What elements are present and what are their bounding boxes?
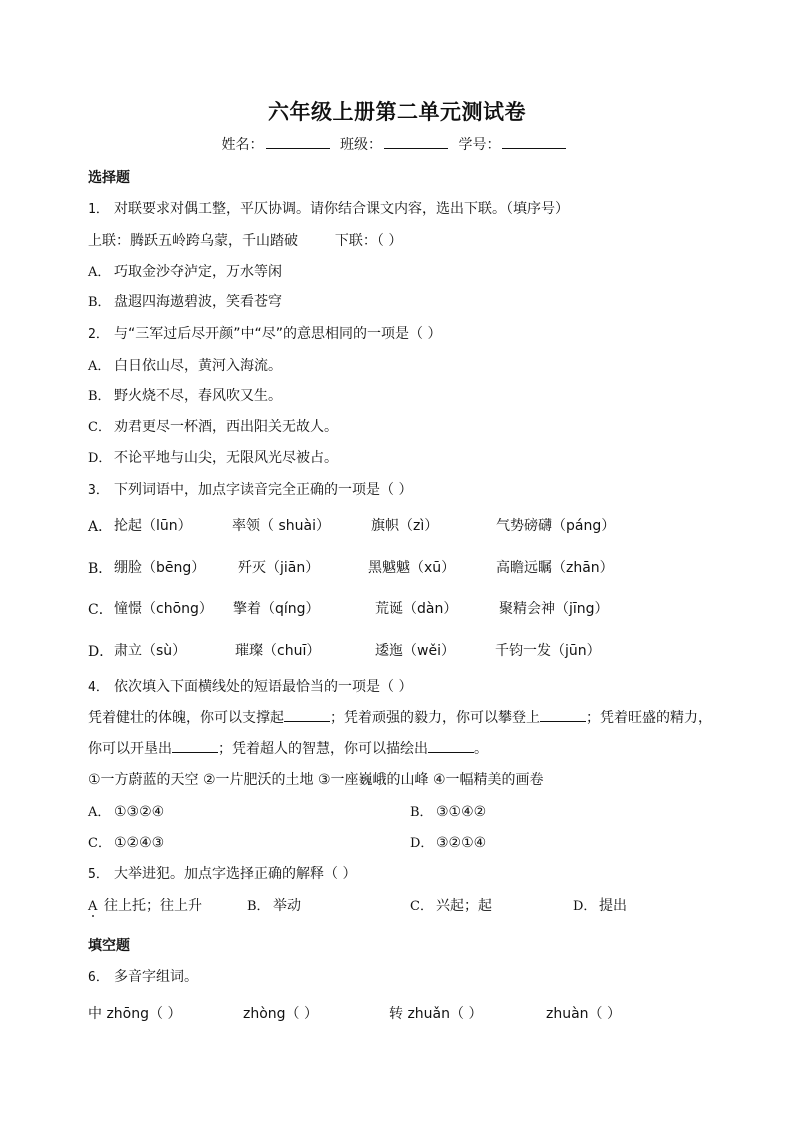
- question-6-stem: 6．多音字组词。: [88, 966, 198, 986]
- option-item: 抡起（lūn）: [114, 515, 192, 535]
- option-item: 璀璨（chuī）: [235, 640, 320, 660]
- question-4-option-b[interactable]: B．③①④②: [410, 801, 486, 820]
- option-item: 率领（ shuài）: [232, 515, 330, 535]
- option-label: A．: [88, 801, 114, 820]
- section-heading-fill-in: 填空题: [88, 935, 130, 955]
- question-5-option-b[interactable]: B．举动: [247, 895, 301, 915]
- option-label: C．: [410, 895, 436, 914]
- option-text: ③②①④: [436, 835, 486, 851]
- name-blank[interactable]: [266, 135, 330, 149]
- question-4-passage-line-2: 你可以开垦出；凭着超人的智慧，你可以描绘出。: [88, 738, 488, 758]
- passage-text: ；凭着顽强的毅力，你可以攀登上: [330, 710, 540, 726]
- student-id-label: 学号：: [458, 137, 500, 153]
- question-number: 5．: [88, 863, 114, 882]
- option-label: D．: [88, 641, 114, 661]
- fill-blank[interactable]: [540, 709, 586, 722]
- question-3-stem: 3．下列词语中，加点字读音完全正确的一项是（ ）: [88, 479, 412, 499]
- pinyin: zhuǎn: [407, 1006, 450, 1022]
- option-item: 黑魆魆（xū）: [368, 557, 455, 577]
- question-number: 2．: [88, 323, 114, 342]
- answer-blank[interactable]: （ ）: [286, 1006, 318, 1022]
- fill-blank[interactable]: [172, 740, 218, 753]
- question-1-upper: 上联：腾跃五岭跨乌蒙，千山踏破 下联：（ ）: [88, 230, 402, 250]
- option-item: 憧憬（chōng）: [114, 598, 213, 618]
- option-item: 聚精会神（jīng）: [499, 598, 609, 618]
- option-item: 荒诞（dàn）: [375, 598, 457, 618]
- answer-blank[interactable]: （ ）: [450, 1006, 482, 1022]
- question-4-choices: ①一方蔚蓝的天空 ②一片肥沃的土地 ③一座巍峨的山峰 ④一幅精美的画卷: [88, 769, 544, 789]
- option-text: 野火烧不尽，春风吹又生。: [114, 388, 282, 404]
- question-2-stem: 2．与“三军过后尽开颜”中“尽”的意思相同的一项是（ ）: [88, 323, 441, 343]
- passage-text: 。: [474, 741, 488, 757]
- lower-couplet-blank: 下联：（ ）: [335, 233, 402, 249]
- question-5-option-c[interactable]: C．兴起；起: [410, 895, 492, 915]
- question-4-passage-line-1: 凭着健壮的体魄，你可以支撑起；凭着顽强的毅力，你可以攀登上；凭着旺盛的精力，: [88, 707, 712, 727]
- option-label: B．: [247, 895, 273, 914]
- answer-blank[interactable]: （ ）: [589, 1006, 621, 1022]
- option-label: B．: [88, 558, 114, 578]
- question-2-option-d[interactable]: D．不论平地与山尖，无限风光尽被占。: [88, 447, 338, 467]
- pinyin: zhòng: [243, 1006, 286, 1022]
- option-label: A．: [88, 355, 114, 374]
- student-id-blank[interactable]: [502, 135, 566, 149]
- question-text: 与“三军过后尽开颜”中“尽”的意思相同的一项是（ ）: [114, 326, 441, 342]
- option-item: 绷脸（bēng）: [114, 557, 205, 577]
- option-label: A．: [88, 516, 114, 536]
- question-4-option-a[interactable]: A．①③②④: [88, 801, 164, 820]
- question-text: 对联要求对偶工整，平仄协调。请你结合课文内容，选出下联。（填序号）: [114, 201, 569, 217]
- option-label: A．: [88, 261, 114, 280]
- student-info-row: 姓名： 班级： 学号：: [0, 134, 794, 154]
- option-text: ③①④②: [436, 804, 486, 820]
- question-5-option-a[interactable]: A往上托；往上升: [88, 895, 202, 915]
- polyphone-char: 中: [88, 1006, 102, 1022]
- option-label: C．: [88, 832, 114, 851]
- section-heading-choice: 选择题: [88, 167, 130, 187]
- option-text: 盘遐四海遨碧波，笑看苍穹: [114, 294, 282, 310]
- option-item: 肃立（sù）: [114, 640, 186, 660]
- question-6-item-zhuan4[interactable]: zhuàn（ ）: [546, 1003, 621, 1023]
- name-label: 姓名：: [222, 137, 264, 153]
- pinyin: zhuàn: [546, 1006, 589, 1022]
- option-label: D．: [88, 447, 114, 466]
- question-text: 下列词语中，加点字读音完全正确的一项是（ ）: [114, 482, 412, 498]
- option-item: 千钧一发（jūn）: [495, 640, 601, 660]
- question-1-stem: 1．对联要求对偶工整，平仄协调。请你结合课文内容，选出下联。（填序号）: [88, 198, 569, 218]
- question-1-option-b[interactable]: B．盘遐四海遨碧波，笑看苍穹: [88, 291, 282, 311]
- question-number: 3．: [88, 479, 114, 498]
- question-4-stem: 4．依次填入下面横线处的短语最恰当的一项是（ ）: [88, 676, 412, 696]
- page-title: 六年级上册第二单元测试卷: [0, 96, 794, 126]
- question-text: 大举进犯。加点字选择正确的解释（ ）: [114, 866, 356, 882]
- option-text: ①②④③: [114, 835, 164, 851]
- question-6-item-zhong1[interactable]: 中 zhōng（ ）: [88, 1003, 181, 1023]
- option-label: D．: [573, 895, 599, 914]
- passage-text: 凭着健壮的体魄，你可以支撑起: [88, 710, 284, 726]
- option-text: 劝君更尽一杯酒，西出阳关无故人。: [114, 419, 338, 435]
- option-text: 兴起；起: [436, 898, 492, 914]
- question-6-item-zhong4[interactable]: zhòng（ ）: [243, 1003, 318, 1023]
- option-item: 逶迤（wěi）: [375, 640, 455, 660]
- question-5-stem: 5．大举进犯。加点字选择正确的解释（ ）: [88, 863, 356, 883]
- answer-blank[interactable]: （ ）: [149, 1006, 181, 1022]
- class-label: 班级：: [340, 137, 382, 153]
- question-number: 1．: [88, 198, 114, 217]
- option-label: B．: [88, 385, 114, 404]
- option-item: 旗帜（zì）: [371, 515, 438, 535]
- emphasis-dot: [92, 915, 94, 917]
- option-text: 往上托；往上升: [104, 898, 202, 914]
- option-text: 不论平地与山尖，无限风光尽被占。: [114, 450, 338, 466]
- pinyin: zhōng: [106, 1006, 149, 1022]
- question-text: 多音字组词。: [114, 969, 198, 985]
- option-item: 歼灭（jiān）: [238, 557, 319, 577]
- option-item: 高瞻远瞩（zhān）: [496, 557, 614, 577]
- question-number: 4．: [88, 676, 114, 695]
- question-text: 依次填入下面横线处的短语最恰当的一项是（ ）: [114, 679, 412, 695]
- option-text: 巧取金沙夺泸定，万水等闲: [114, 264, 282, 280]
- fill-blank[interactable]: [428, 740, 474, 753]
- question-2-option-a[interactable]: A．白日依山尽，黄河入海流。: [88, 355, 282, 375]
- fill-blank[interactable]: [284, 709, 330, 722]
- polyphone-char: 转: [389, 1006, 403, 1022]
- question-5-option-d[interactable]: D．提出: [573, 895, 627, 915]
- option-label: A: [88, 899, 104, 914]
- class-blank[interactable]: [384, 135, 448, 149]
- option-label: C．: [88, 416, 114, 435]
- option-label: C．: [88, 599, 114, 619]
- option-text: ①③②④: [114, 804, 164, 820]
- upper-couplet: 上联：腾跃五岭跨乌蒙，千山踏破: [88, 233, 298, 249]
- option-item: 气势磅礴（páng）: [496, 515, 615, 535]
- passage-text: ；凭着旺盛的精力，: [586, 710, 712, 726]
- passage-text: ；凭着超人的智慧，你可以描绘出: [218, 741, 428, 757]
- question-4-option-d[interactable]: D．③②①④: [410, 832, 486, 851]
- question-4-option-c[interactable]: C．①②④③: [88, 832, 164, 851]
- option-text: 提出: [599, 898, 627, 914]
- option-label: B．: [88, 291, 114, 310]
- question-number: 6．: [88, 966, 114, 985]
- option-item: 擎着（qíng）: [233, 598, 320, 618]
- option-label: B．: [410, 801, 436, 820]
- question-1-option-a[interactable]: A．巧取金沙夺泸定，万水等闲: [88, 261, 282, 281]
- option-label: D．: [410, 832, 436, 851]
- option-text: 举动: [273, 898, 301, 914]
- question-2-option-b[interactable]: B．野火烧不尽，春风吹又生。: [88, 385, 282, 405]
- question-2-option-c[interactable]: C．劝君更尽一杯酒，西出阳关无故人。: [88, 416, 338, 436]
- option-text: 白日依山尽，黄河入海流。: [114, 358, 282, 374]
- question-6-item-zhuan3[interactable]: 转 zhuǎn（ ）: [389, 1003, 482, 1023]
- passage-text: 你可以开垦出: [88, 741, 172, 757]
